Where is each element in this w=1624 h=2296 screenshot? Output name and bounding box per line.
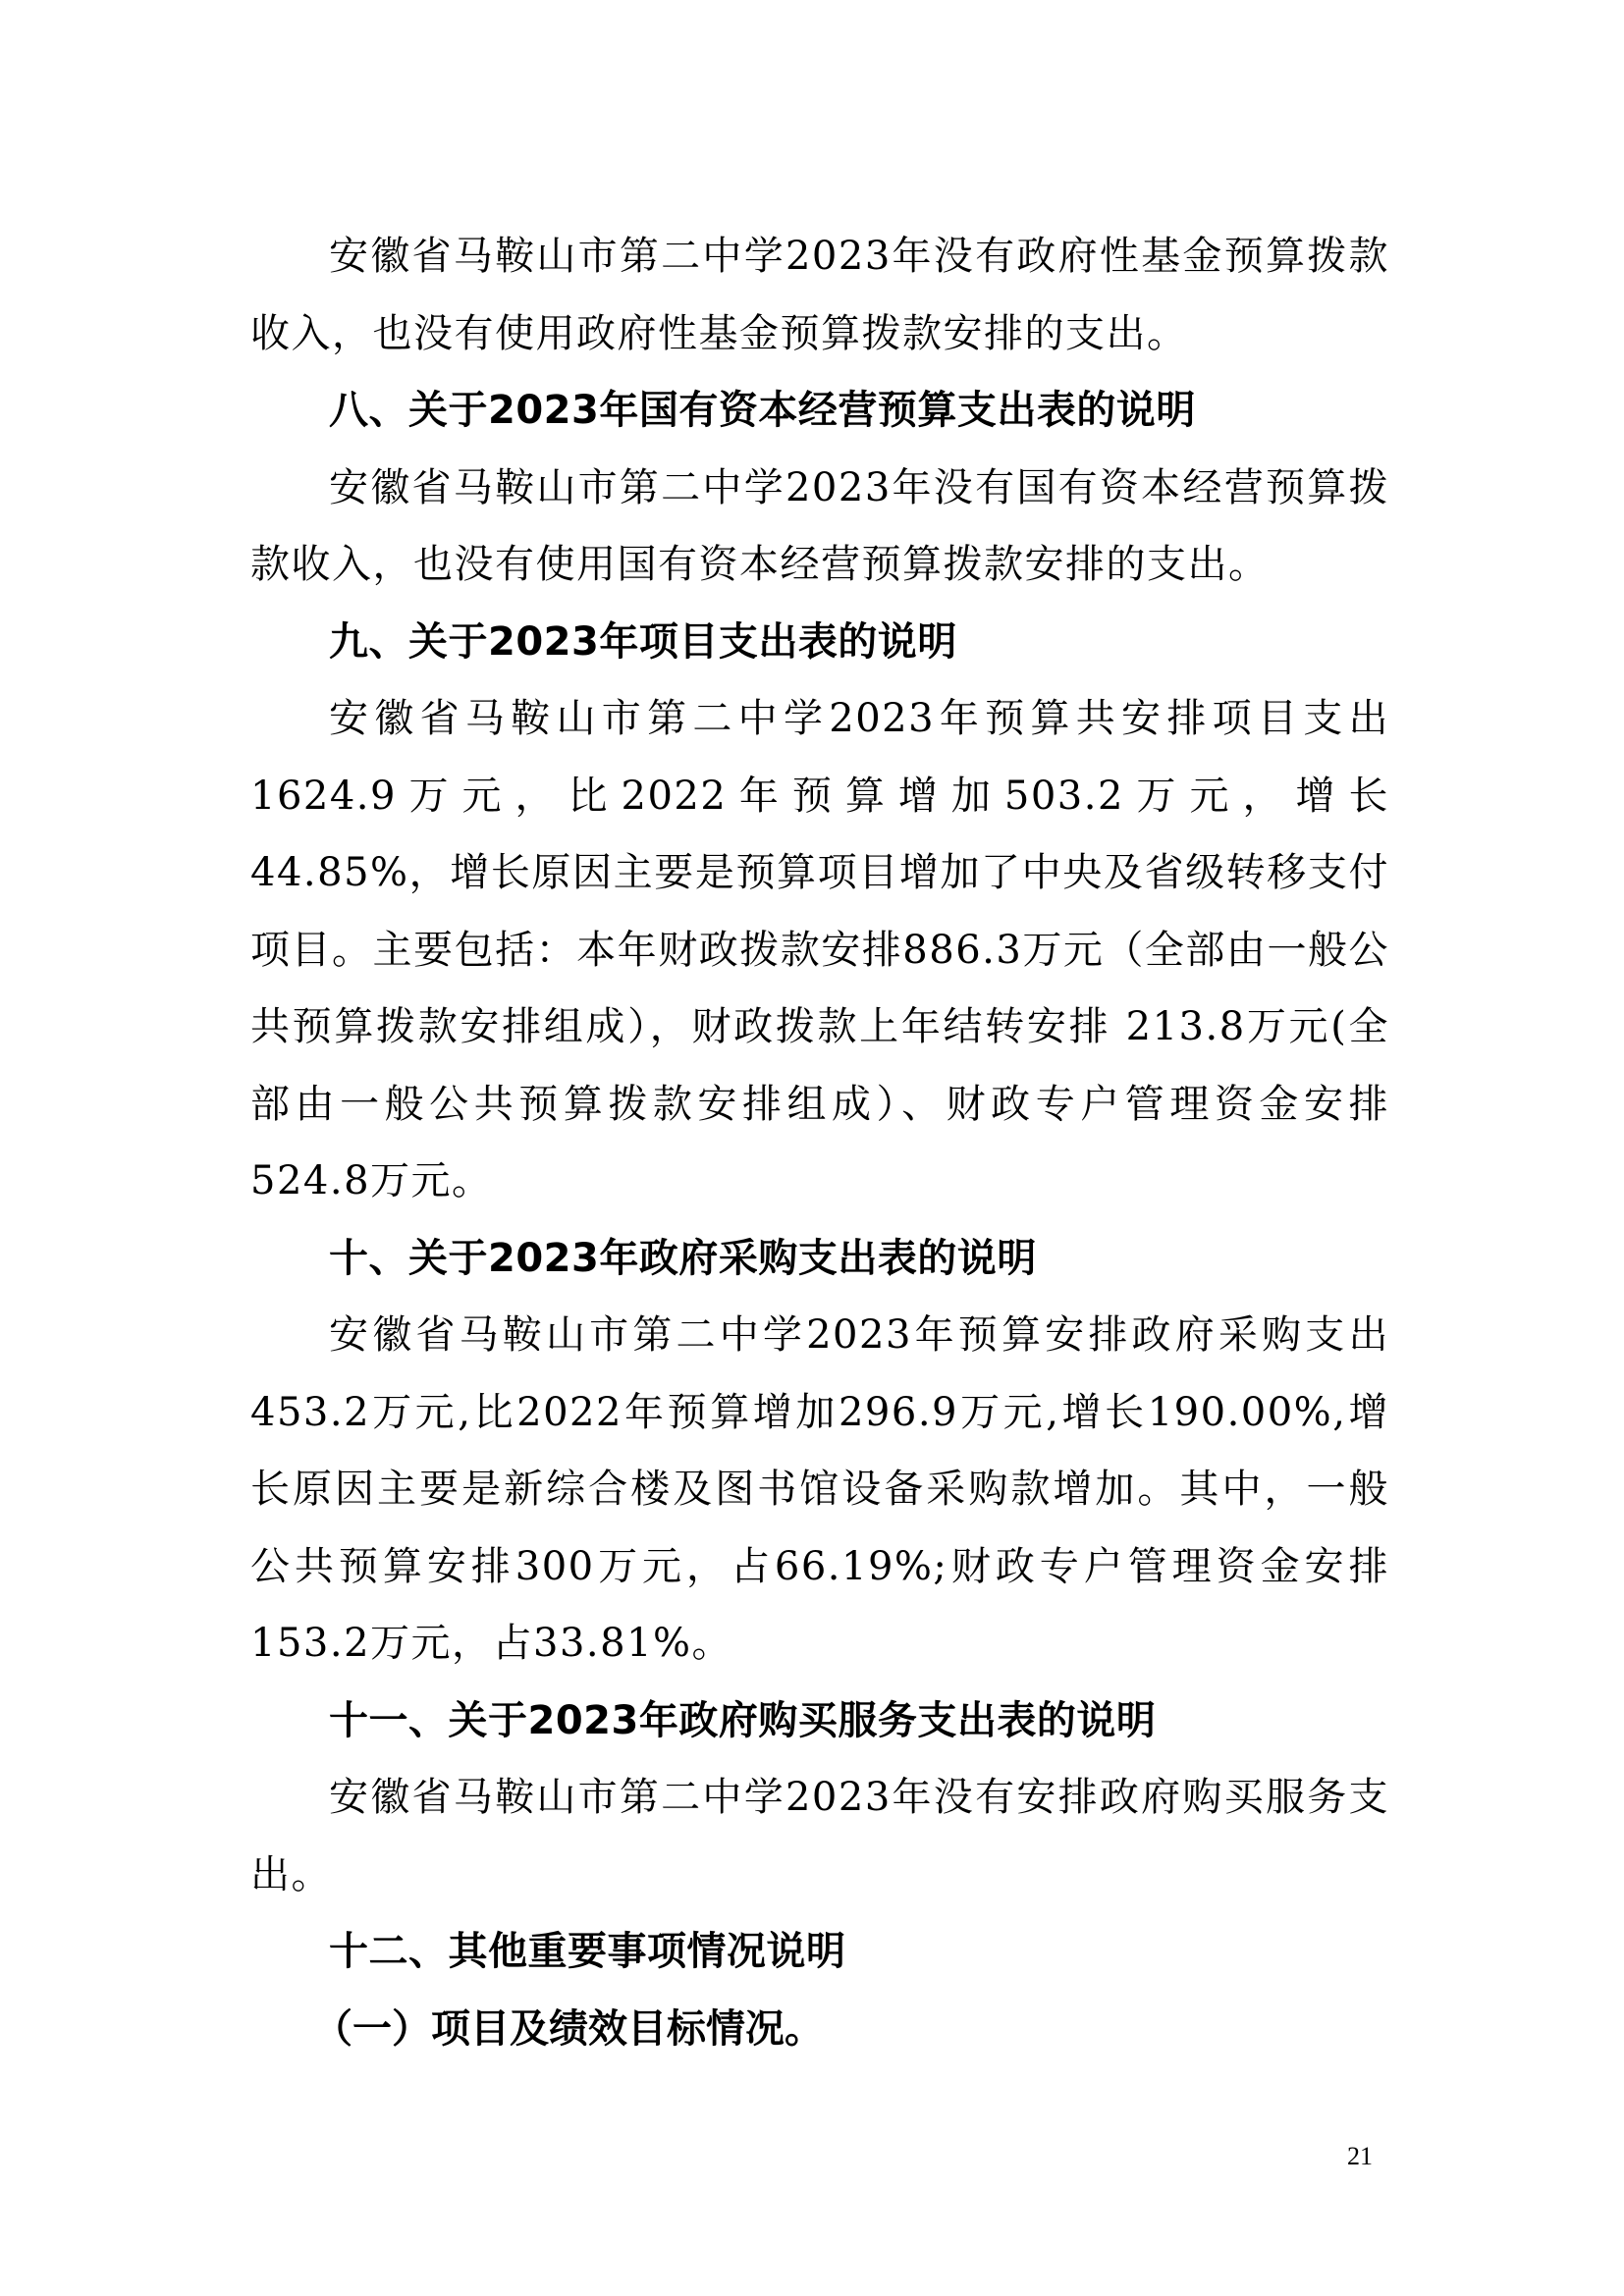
paragraph-gov-fund-budget: 安徽省马鞍山市第二中学2023年没有政府性基金预算拨款收入，也没有使用政府性基金… (250, 218, 1389, 372)
paragraph-state-capital-budget: 安徽省马鞍山市第二中学2023年没有国有资本经营预算拨款收入，也没有使用国有资本… (250, 450, 1389, 604)
heading-section-11: 十一、关于2023年政府购买服务支出表的说明 (250, 1682, 1389, 1760)
heading-section-10: 十、关于2023年政府采购支出表的说明 (250, 1220, 1389, 1298)
document-page: 安徽省马鞍山市第二中学2023年没有政府性基金预算拨款收入，也没有使用政府性基金… (250, 218, 1389, 2067)
heading-section-8: 八、关于2023年国有资本经营预算支出表的说明 (250, 372, 1389, 450)
paragraph-gov-service-purchase: 安徽省马鞍山市第二中学2023年没有安排政府购买服务支出。 (250, 1759, 1389, 1913)
page-number: 21 (1347, 2142, 1373, 2171)
heading-section-9: 九、关于2023年项目支出表的说明 (250, 604, 1389, 681)
heading-section-12: 十二、其他重要事项情况说明 (250, 1913, 1389, 1991)
paragraph-gov-procurement: 安徽省马鞍山市第二中学2023年预算安排政府采购支出453.2万元,比2022年… (250, 1297, 1389, 1682)
paragraph-project-expenditure: 安徽省马鞍山市第二中学2023年预算共安排项目支出1624.9万元，比2022年… (250, 680, 1389, 1220)
subheading-project-performance: （一）项目及绩效目标情况。 (250, 1991, 1389, 2068)
